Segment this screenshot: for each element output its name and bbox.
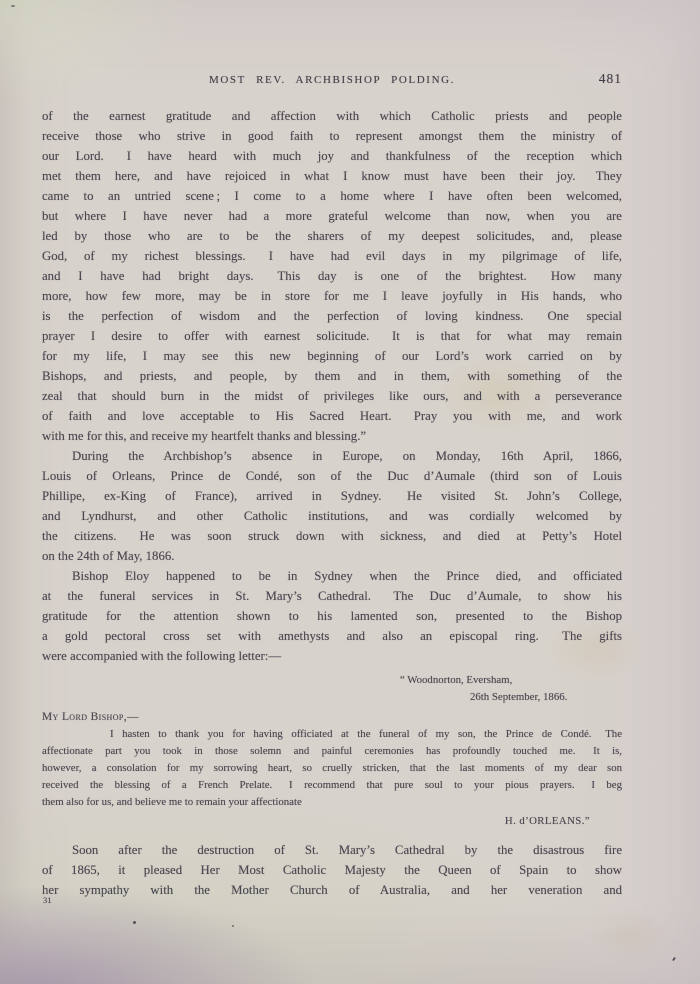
paragraph: Bishop Eloy happened to be in Sydney whe… <box>42 566 622 666</box>
text-line: Louis of Orleans, Prince de Condé, son o… <box>42 466 622 486</box>
page-number: 481 <box>599 71 622 87</box>
text-line: at the funeral services in St. Mary’s Ca… <box>42 586 622 606</box>
text-line: and I have had bright days. This day is … <box>42 266 622 286</box>
letter-signature: H. d’ORLEANS.” <box>42 813 622 830</box>
running-header: MOST REV. ARCHBISHOP POLDING. 481 <box>42 74 622 92</box>
letter-line: received the blessing of a French Prelat… <box>42 777 622 794</box>
letter-line: however, a consolation for my sorrowing … <box>42 760 622 777</box>
ink-speck <box>133 921 136 924</box>
letter-line: I hasten to thank you for having officia… <box>42 726 622 743</box>
ink-speck <box>232 925 234 927</box>
text-line: for my life, I may see this new beginnin… <box>42 346 622 366</box>
text-line: met them here, and have rejoiced in what… <box>42 166 622 186</box>
letter-block: “ Woodnorton, Eversham, 26th September, … <box>42 672 622 830</box>
letter-line: them also for us, and believe me to rema… <box>42 794 622 811</box>
text-line: led by those who are to be the sharers o… <box>42 226 622 246</box>
text-line: were accompanied with the following lett… <box>42 646 622 666</box>
text-line: of the earnest gratitude and affection w… <box>42 106 622 126</box>
text-line: came to an untried scene ; I come to a h… <box>42 186 622 206</box>
text-line: prayer I desire to offer with earnest so… <box>42 326 622 346</box>
text-column: of the earnest gratitude and affection w… <box>42 106 622 905</box>
text-line: of 1865, it pleased Her Most Catholic Ma… <box>42 860 622 880</box>
text-line: God, of my richest blessings. I have had… <box>42 246 622 266</box>
text-line: our Lord. I have heard with much joy and… <box>42 146 622 166</box>
text-line: Bishops, and priests, and people, by the… <box>42 366 622 386</box>
ink-speck <box>672 957 676 961</box>
letter-place-line: “ Woodnorton, Eversham, <box>400 672 622 689</box>
text-line: on the 24th of May, 1866. <box>42 546 622 566</box>
text-line: gratitude for the attention shown to his… <box>42 606 622 626</box>
text-line: a gold pectoral cross set with amethysts… <box>42 626 622 646</box>
text-line: the citizens. He was soon struck down wi… <box>42 526 622 546</box>
text-line: more, how few more, may be in store for … <box>42 286 622 306</box>
book-page: MOST REV. ARCHBISHOP POLDING. 481 of the… <box>0 0 700 984</box>
ink-speck <box>11 5 15 7</box>
text-line: receive those who strive in good faith t… <box>42 126 622 146</box>
text-line: her sympathy with the Mother Church of A… <box>42 880 622 900</box>
letter-date-line: 26th September, 1866. <box>470 689 622 706</box>
text-line: Bishop Eloy happened to be in Sydney whe… <box>42 566 622 586</box>
text-line: and Lyndhurst, and other Catholic instit… <box>42 506 622 526</box>
text-line: is the perfection of wisdom and the perf… <box>42 306 622 326</box>
letter-line: affectionate part you took in those sole… <box>42 743 622 760</box>
letter-salutation: My Lord Bishop,— <box>42 708 622 726</box>
running-header-title: MOST REV. ARCHBISHOP POLDING. <box>42 74 622 86</box>
text-line: of faith and love acceptable to His Sacr… <box>42 406 622 426</box>
paragraph: During the Archbishop’s absence in Europ… <box>42 446 622 566</box>
text-line: zeal that should burn in the midst of pr… <box>42 386 622 406</box>
paragraph: Soon after the destruction of St. Mary’s… <box>42 840 622 905</box>
text-line: with me for this, and receive my heartfe… <box>42 426 622 446</box>
text-line: Phillipe, ex-King of France), arrived in… <box>42 486 622 506</box>
text-line: During the Archbishop’s absence in Europ… <box>42 446 622 466</box>
text-line: Soon after the destruction of St. Mary’s… <box>42 840 622 860</box>
text-line: but where I have never had a more gratef… <box>42 206 622 226</box>
paragraph: of the earnest gratitude and affection w… <box>42 106 622 446</box>
